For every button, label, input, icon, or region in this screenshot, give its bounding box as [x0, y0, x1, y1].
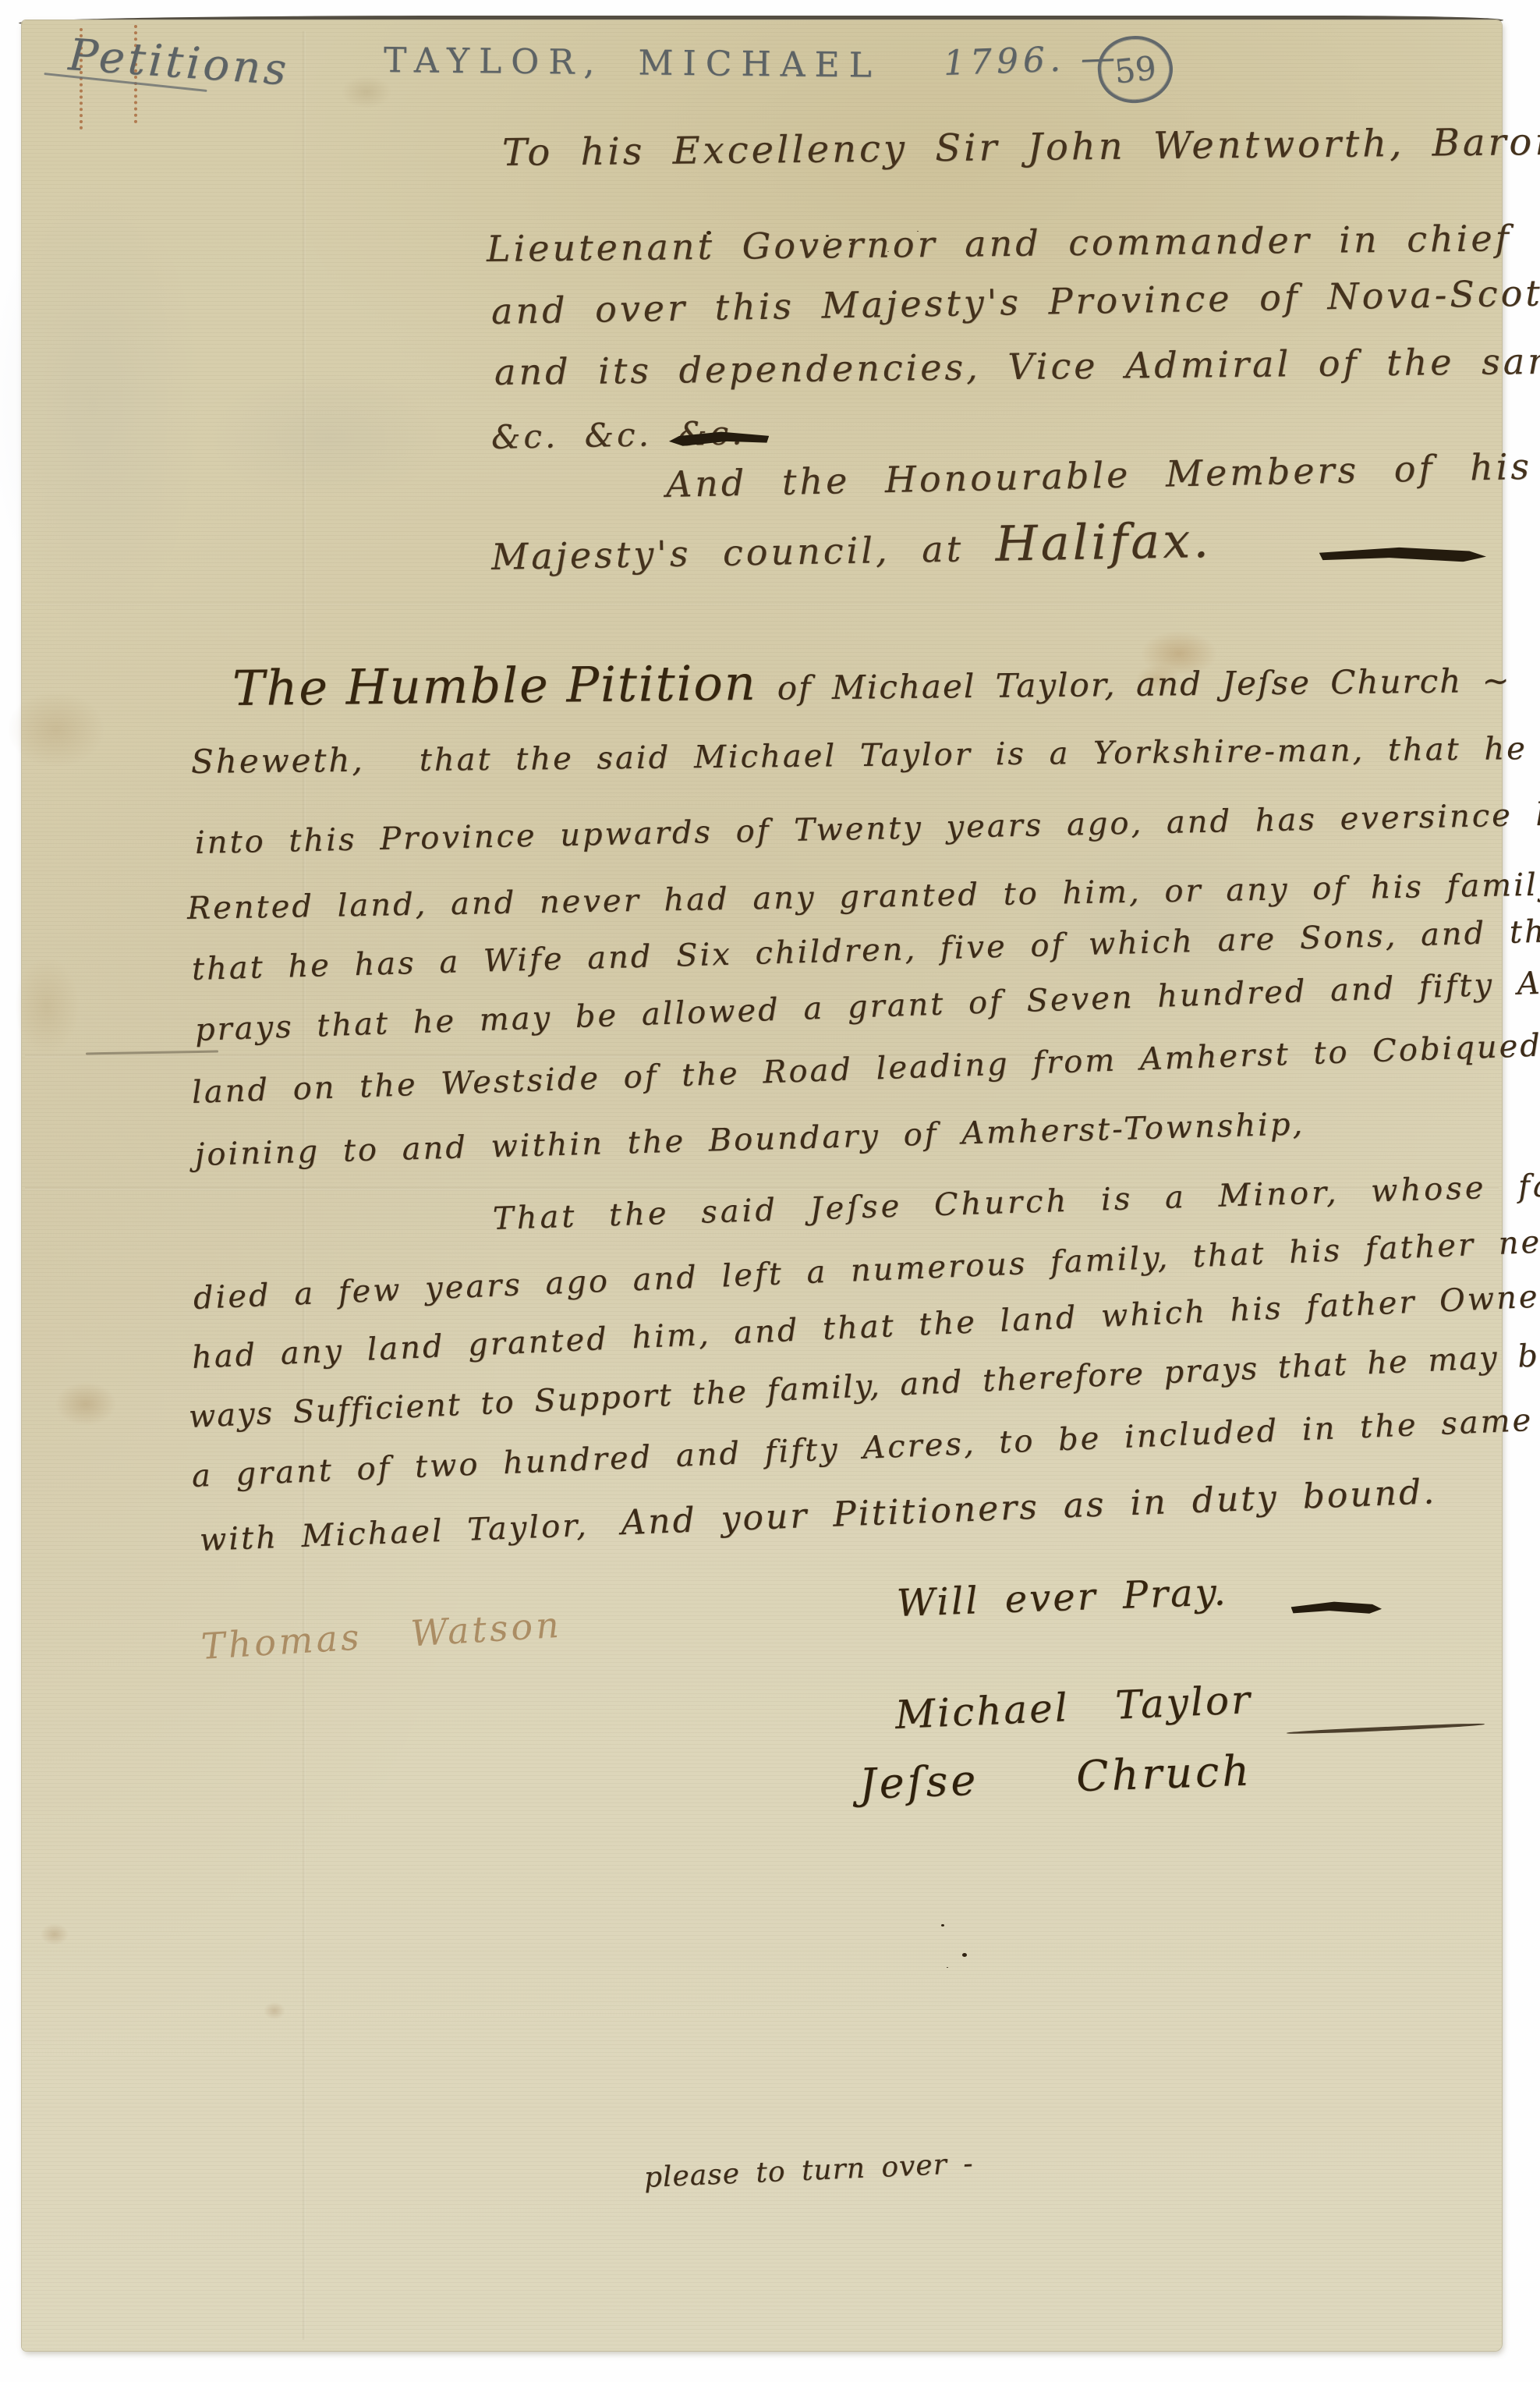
archive-year-label: 1796. —	[943, 37, 1120, 83]
archive-subject-label: TAYLOR, MICHAEL	[384, 41, 881, 86]
salutation-line-7-text: Majesty's council, at	[491, 527, 965, 578]
scanned-document-stage: Petitions TAYLOR, MICHAEL 1796. — 59 To …	[0, 0, 1540, 2382]
petition-opening-rest: of Michael Taylor, and Jeſse Church ~	[777, 661, 1510, 707]
salutation-place-halifax: Halifax.	[995, 512, 1213, 572]
sheweth-word: Sheweth,	[191, 741, 365, 781]
petition-opening-large: The Humble Pitition	[232, 654, 757, 717]
archive-file-number: 59	[1113, 48, 1158, 90]
